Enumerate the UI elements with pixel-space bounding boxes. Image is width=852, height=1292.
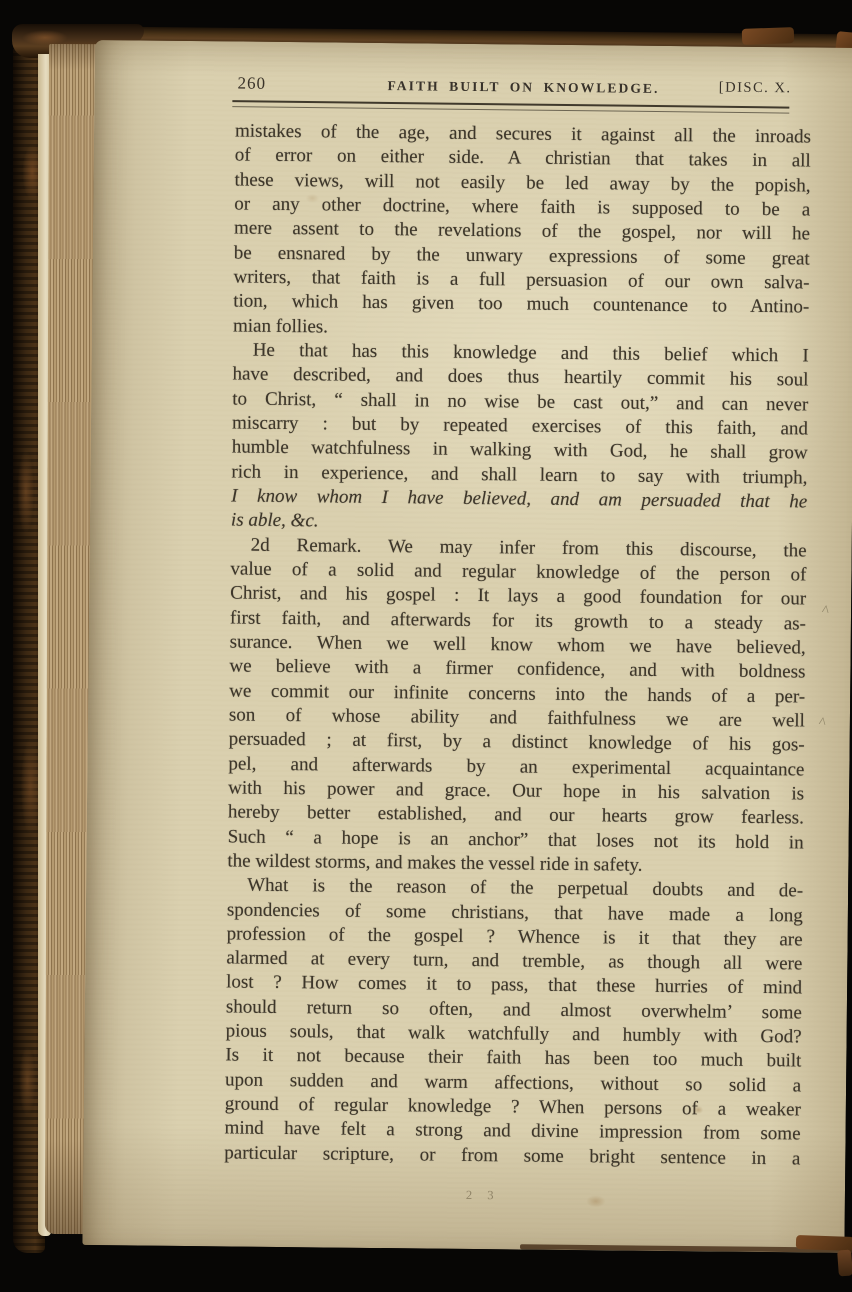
leather-fragment (837, 1250, 852, 1277)
text-block: mistakes of the age, and secures it agai… (224, 119, 811, 1171)
text-line: particular scripture, or from some brigh… (224, 1141, 800, 1171)
paper-stain (303, 192, 321, 204)
pencil-mark: ^ (818, 715, 834, 729)
header-rule (232, 100, 789, 113)
page-content: 260 FAITH BUILT ON KNOWLEDGE. [DISC. X. … (82, 40, 852, 1253)
book-photo: 260 FAITH BUILT ON KNOWLEDGE. [DISC. X. … (0, 0, 852, 1292)
book-page: 260 FAITH BUILT ON KNOWLEDGE. [DISC. X. … (82, 40, 852, 1253)
leather-fragment (796, 1235, 852, 1251)
paper-stain (692, 1104, 705, 1115)
pencil-mark: ^ (821, 603, 837, 617)
page-header: 260 FAITH BUILT ON KNOWLEDGE. [DISC. X. (235, 72, 811, 102)
signature-mark: 2 3 (466, 1188, 500, 1203)
section-label: [DISC. X. (719, 80, 792, 98)
paper-stain (583, 1193, 609, 1209)
leather-fragment (742, 27, 795, 45)
